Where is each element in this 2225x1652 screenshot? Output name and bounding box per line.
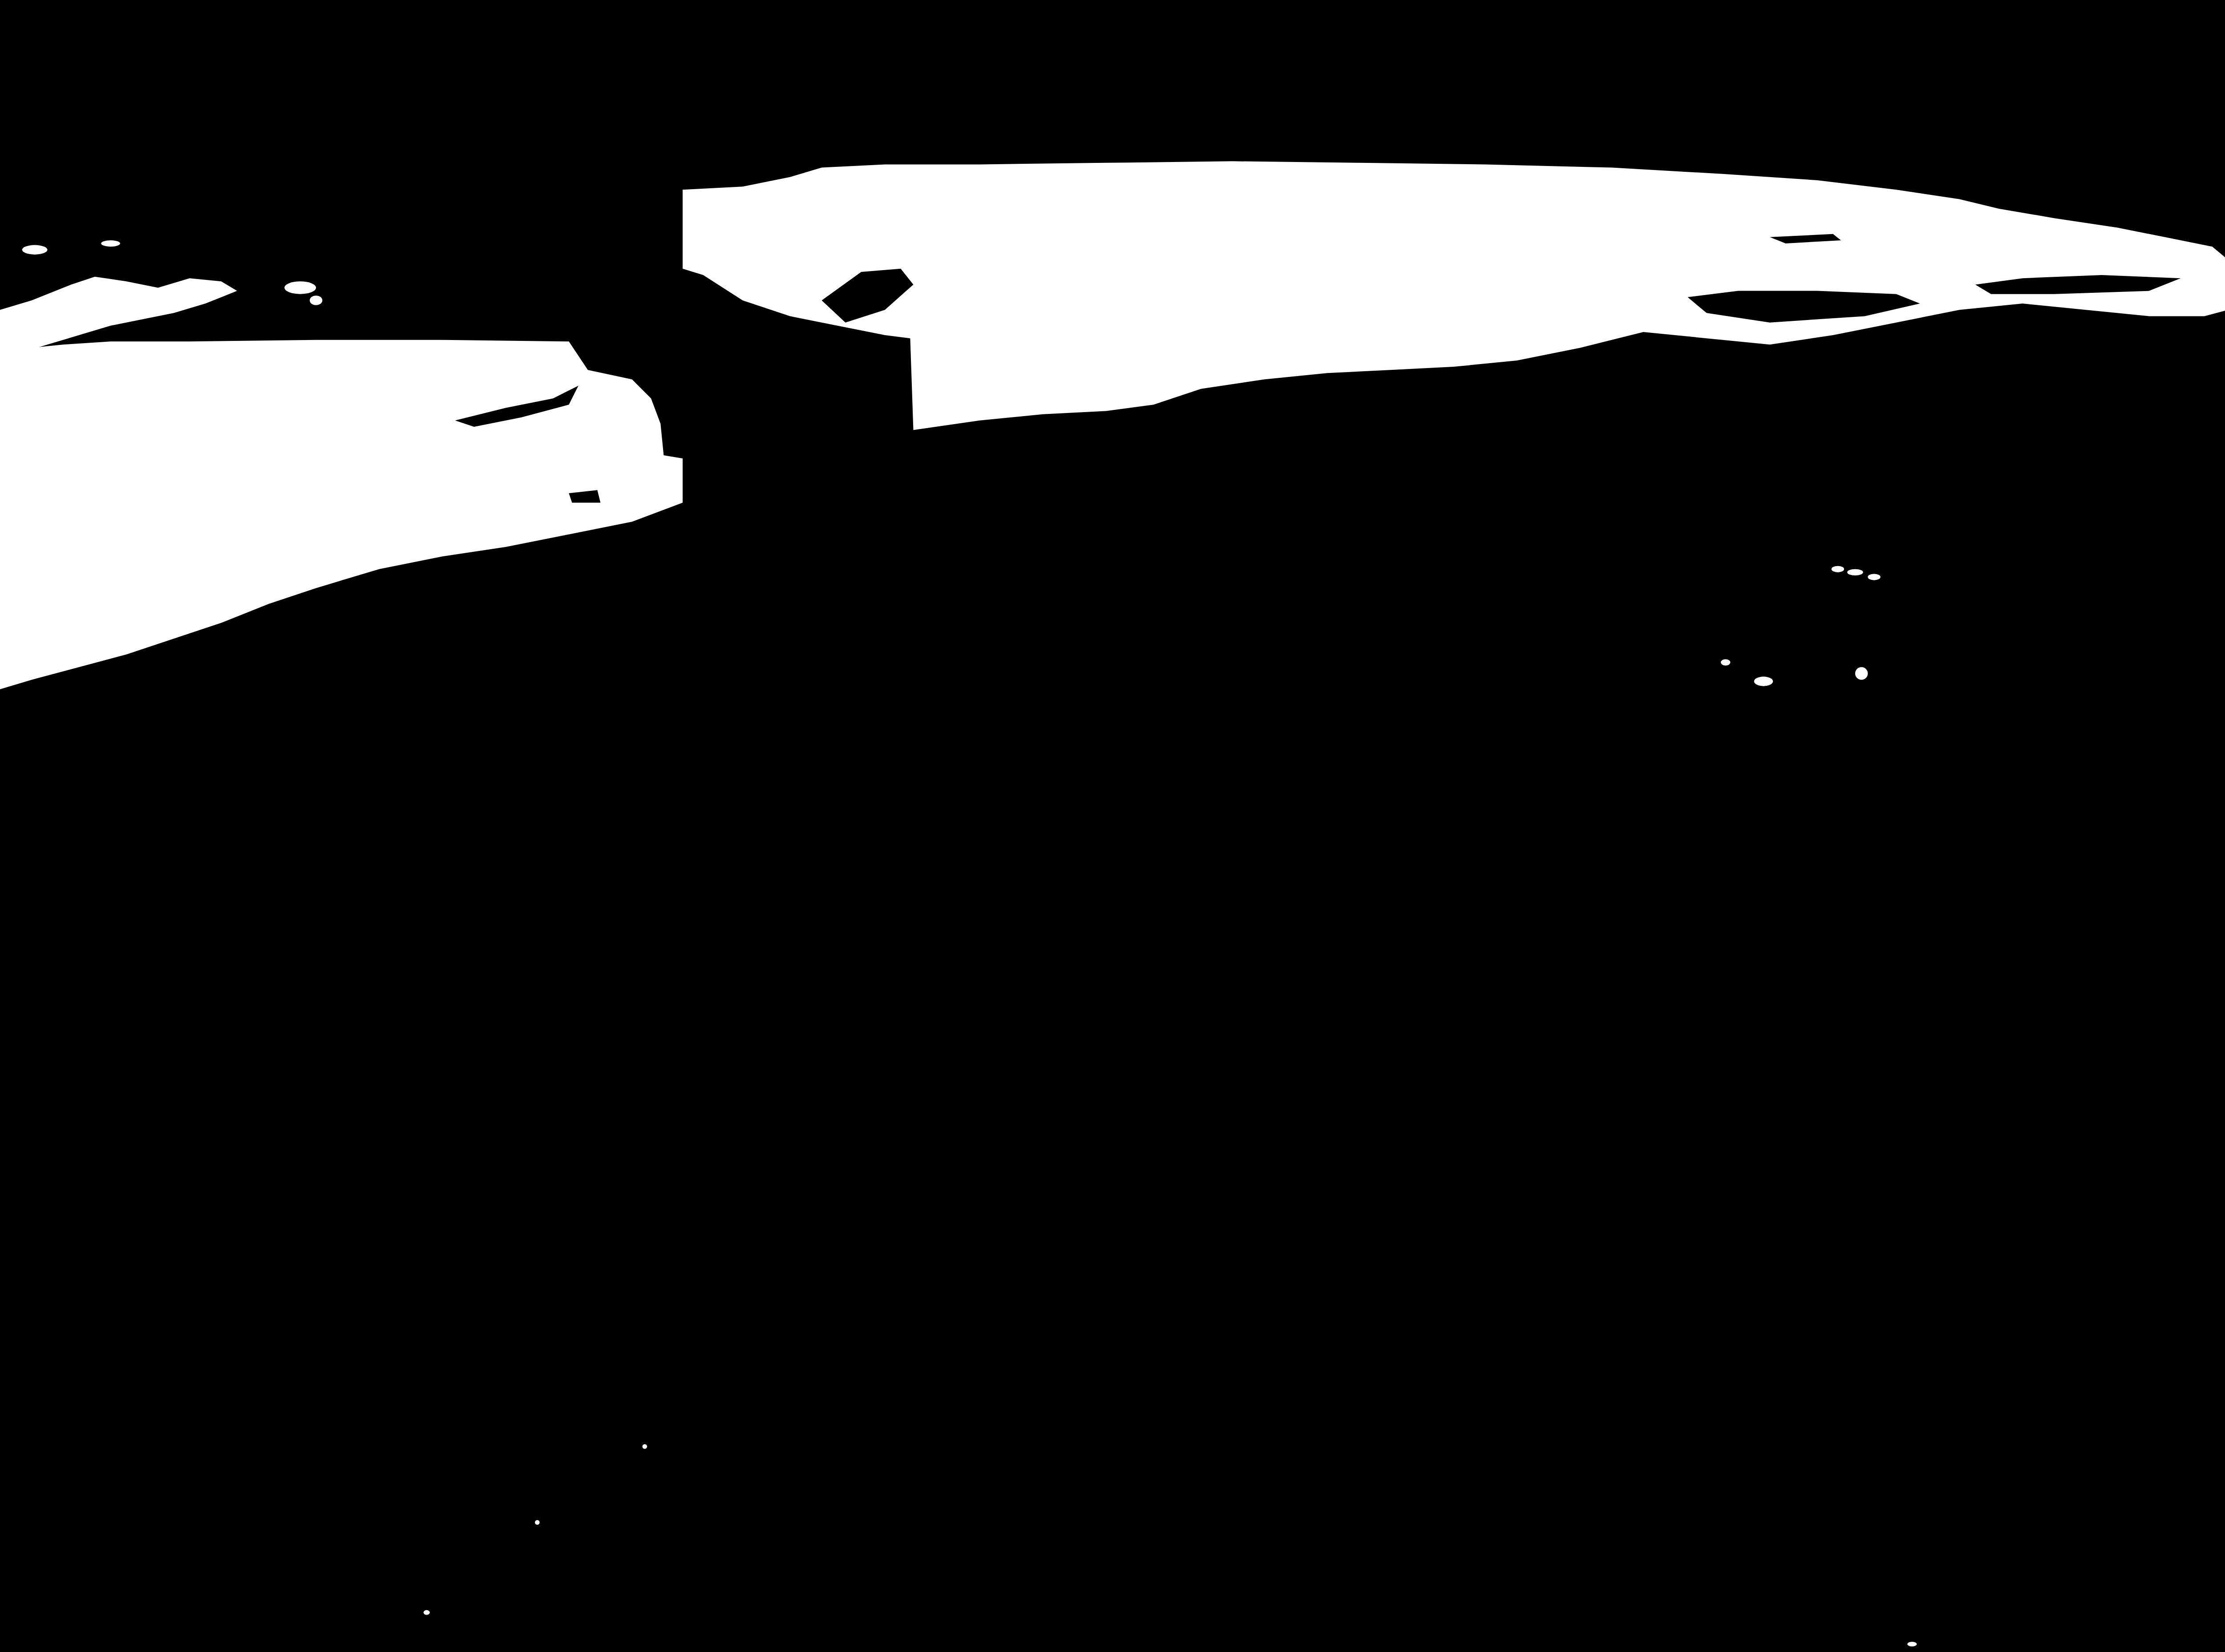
segmentation-mask bbox=[0, 0, 2225, 1652]
